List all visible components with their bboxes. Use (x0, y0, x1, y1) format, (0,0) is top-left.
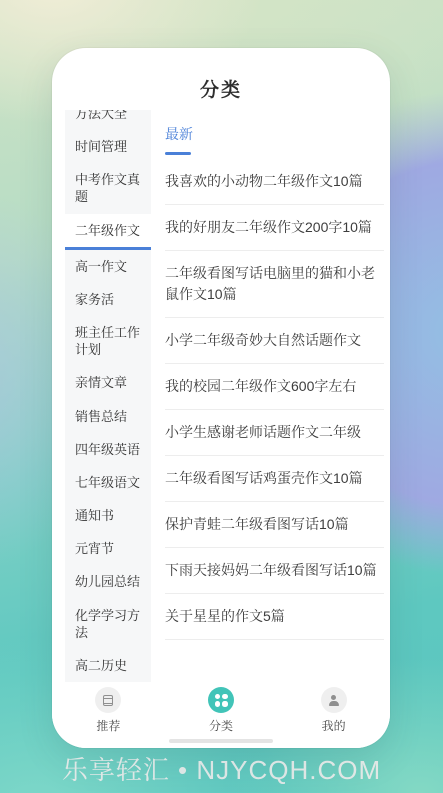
article-list: 我喜欢的小动物二年级作文10篇 我的好朋友二年级作文200字10篇 二年级看图写… (165, 159, 384, 640)
article-list-item[interactable]: 我喜欢的小动物二年级作文10篇 (165, 159, 384, 205)
tab-profile[interactable]: 我的 (277, 682, 390, 734)
user-icon (321, 687, 347, 713)
sidebar-category-item[interactable]: 通知书 (65, 499, 151, 532)
sidebar-category-item[interactable]: 化学学习方法 (65, 599, 151, 649)
article-list-item[interactable]: 小学生感谢老师话题作文二年级 (165, 410, 384, 456)
tab-recommend-label: 推荐 (96, 717, 120, 734)
article-panel: 最新 我喜欢的小动物二年级作文10篇 我的好朋友二年级作文200字10篇 二年级… (151, 110, 390, 682)
tab-latest-label: 最新 (165, 124, 193, 144)
sidebar-category-item[interactable]: 高一作文 (65, 250, 151, 283)
sidebar-category-item[interactable]: 七年级语文 (65, 466, 151, 499)
sidebar-category-item[interactable]: 班主任工作计划 (65, 316, 151, 366)
sidebar-category-item[interactable]: 中考作文真题 (65, 163, 151, 213)
article-list-item[interactable]: 保护青蛙二年级看图写话10篇 (165, 502, 384, 548)
phone-mockup: 分类 方法大全 时间管理 中考作文真题 二年级作文 高一作文 家务活 班主任工作… (52, 48, 390, 748)
article-list-item[interactable]: 小学二年级奇妙大自然话题作文 (165, 318, 384, 364)
sidebar-category-item[interactable]: 方法大全 (65, 110, 151, 130)
home-indicator-zone (52, 734, 390, 748)
sidebar-category-item[interactable]: 亲情文章 (65, 366, 151, 399)
app-background: { "header": { "title": "分类" }, "sidebar"… (0, 0, 443, 793)
sidebar-category-item[interactable]: 时间管理 (65, 130, 151, 163)
feed-icon (95, 687, 121, 713)
article-list-item[interactable]: 我的校园二年级作文600字左右 (165, 364, 384, 410)
article-list-item[interactable]: 下雨天接妈妈二年级看图写话10篇 (165, 548, 384, 594)
tab-category[interactable]: 分类 (165, 682, 278, 734)
bottom-tab-bar: 推荐 分类 我的 (52, 682, 390, 734)
sidebar-category-item[interactable]: 家务活 (65, 283, 151, 316)
sidebar-category-item[interactable]: 二年级作文 (65, 214, 151, 250)
sidebar-category-item[interactable]: 四年级英语 (65, 433, 151, 466)
tab-latest[interactable]: 最新 (165, 124, 193, 155)
article-list-item[interactable]: 二年级看图写话电脑里的猫和小老鼠作文10篇 (165, 251, 384, 318)
sidebar-category-item[interactable]: 幼儿园总结 (65, 565, 151, 598)
page-title: 分类 (200, 75, 242, 102)
main-area: 方法大全 时间管理 中考作文真题 二年级作文 高一作文 家务活 班主任工作计划 … (52, 110, 390, 682)
sidebar-category-item[interactable]: 元宵节 (65, 532, 151, 565)
watermark-text: 乐享轻汇 • NJYCQH.COM (0, 750, 443, 787)
sidebar-category-item[interactable]: 销售总结 (65, 400, 151, 433)
app-header: 分类 (52, 48, 390, 110)
sidebar-category-item[interactable]: 高二历史 (65, 649, 151, 682)
tab-profile-label: 我的 (322, 717, 346, 734)
category-grid-icon (208, 687, 234, 713)
tab-category-label: 分类 (209, 717, 233, 734)
category-sidebar: 方法大全 时间管理 中考作文真题 二年级作文 高一作文 家务活 班主任工作计划 … (65, 110, 151, 682)
tab-recommend[interactable]: 推荐 (52, 682, 165, 734)
home-indicator (169, 739, 273, 743)
article-list-item[interactable]: 我的好朋友二年级作文200字10篇 (165, 205, 384, 251)
article-list-item[interactable]: 二年级看图写话鸡蛋壳作文10篇 (165, 456, 384, 502)
article-list-item[interactable]: 关于星星的作文5篇 (165, 594, 384, 640)
tab-active-underline (165, 152, 191, 155)
